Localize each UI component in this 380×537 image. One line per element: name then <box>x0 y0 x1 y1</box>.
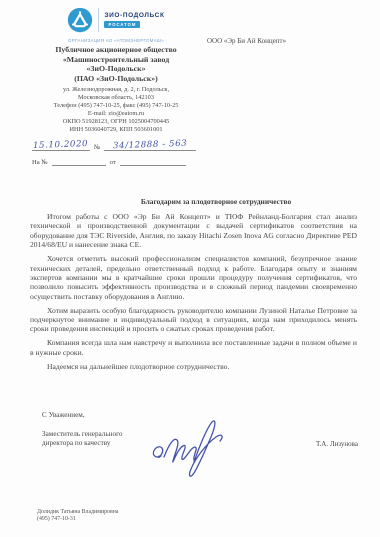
email-line: E-mail: zio@eatom.ru <box>28 110 204 118</box>
company-contacts-block: ул. Железнодорожная, д. 2, г. Подольск, … <box>28 86 204 134</box>
paragraph: Хотим выразить особую благодарность руко… <box>30 306 357 334</box>
company-line: Публичное акционерное общество <box>28 45 204 55</box>
address-line: Московская область, 142103 <box>28 94 204 102</box>
handwritten-date: 15.10.2020 <box>33 140 88 151</box>
paragraph: Итогом работы с ООО «Эр Би Ай Концепт» и… <box>30 212 357 250</box>
letterhead: ЗИО-ПОДОЛЬСК РОСАТОМ ОРГАНИЗАЦИЯ АО «АТО… <box>28 7 204 166</box>
executor-block: Долидик Татьяна Владимировна (495) 747-1… <box>37 509 119 524</box>
paragraph: Надеемся на дальнейшее плодотворное сотр… <box>30 362 357 371</box>
reference-row: На № от <box>28 158 204 166</box>
rosatom-logo: ЗИО-ПОДОЛЬСК РОСАТОМ <box>67 7 164 33</box>
logo-text-block: ЗИО-ПОДОЛЬСК РОСАТОМ <box>104 12 164 28</box>
salutation: С Уважением, <box>42 411 85 419</box>
ref-date-blank <box>120 158 186 166</box>
recipient: ООО «Эр Би Ай Концепт» <box>207 37 286 45</box>
company-line: «ЗиО-Подольск» <box>28 64 204 74</box>
logo-divider <box>98 8 99 32</box>
org-line: ОРГАНИЗАЦИЯ АО «АТОМЭНЕРГОМАШ» <box>28 38 204 43</box>
number-sign-label: № <box>94 144 100 151</box>
ref-number-blank <box>52 158 106 166</box>
paragraph: Хочется отметить высокий профессионализм… <box>30 254 357 301</box>
signer-position-line: Заместитель генерального <box>42 430 122 439</box>
company-line: «Машиностроительный завод <box>28 55 204 65</box>
rosatom-atom-icon <box>67 7 93 33</box>
company-line: (ПАО «ЗиО-Подольск») <box>28 74 204 84</box>
signer-position-line: директора по качеству <box>42 439 122 448</box>
letter-body: Итогом работы с ООО «Эр Би Ай Концепт» и… <box>30 212 357 376</box>
outgoing-number-row: 15.10.2020 № 34/12888 - 563 <box>28 141 204 151</box>
signer-name: Т.А. Лизунова <box>260 440 358 448</box>
handwritten-number: 34/12888 - 563 <box>113 140 188 152</box>
signer-position: Заместитель генерального директора по ка… <box>42 430 122 449</box>
company-name-block: Публичное акционерное общество «Машиност… <box>28 45 204 83</box>
phone-line: Телефон (495) 747-10-25, факс (495) 747-… <box>28 102 204 110</box>
rosatom-chip: РОСАТОМ <box>104 21 140 28</box>
address-line: ул. Железнодорожная, д. 2, г. Подольск, <box>28 86 204 94</box>
letter-subject: Благодарим за плодотворное сотрудничеств… <box>116 197 316 206</box>
ref-label: На № <box>32 159 48 166</box>
ref-from-label: от <box>110 159 116 166</box>
inn-kpp-line: ИНН 5036040729, КПП 503601001 <box>28 126 204 134</box>
outgoing-date-blank: 15.10.2020 <box>32 141 90 151</box>
logo-brand-text: ЗИО-ПОДОЛЬСК <box>104 12 164 19</box>
handwritten-signature <box>148 412 246 482</box>
outgoing-number-blank: 34/12888 - 563 <box>104 141 196 151</box>
paragraph: Компания всегда шла нам навстречу и выпо… <box>30 338 357 357</box>
okpo-ogrn-line: ОКПО 51928123, ОГРН 1025004700445 <box>28 118 204 126</box>
executor-phone: (495) 747-10-31 <box>37 516 119 523</box>
scanned-letter-page: ЗИО-ПОДОЛЬСК РОСАТОМ ОРГАНИЗАЦИЯ АО «АТО… <box>0 0 380 537</box>
